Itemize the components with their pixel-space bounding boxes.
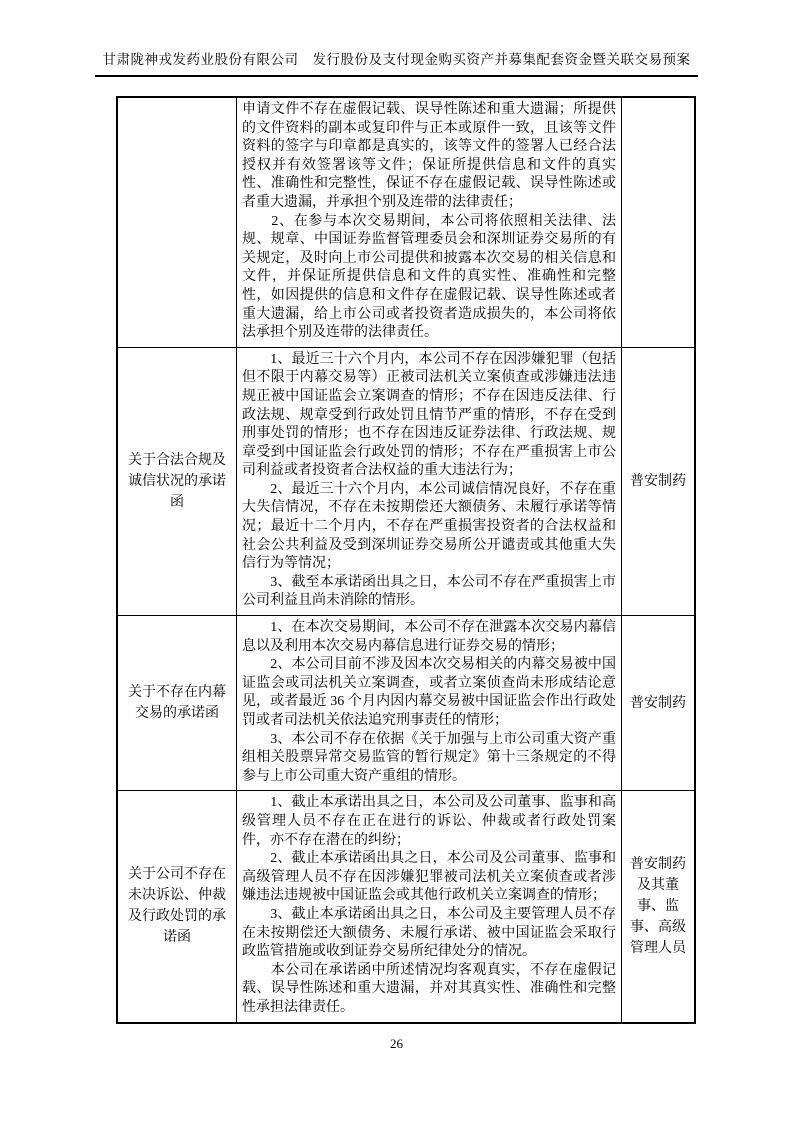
commitment-name-cell: 关于不存在内幕交易的承诺函: [117, 616, 237, 791]
commitment-party-cell: 普安制药及其董事、监事、高级管理人员: [622, 791, 696, 1023]
commitment-paragraph: 2、本公司目前不涉及因本次交易相关的内幕交易被中国证监会或司法机关立案调查，或者…: [242, 656, 616, 730]
commitment-paragraph: 1、截止本承诺出具之日，本公司及公司董事、监事和高级管理人员不存在正在进行的诉讼…: [242, 794, 616, 850]
commitment-content-cell: 1、最近三十六个月内，本公司不存在因涉嫌犯罪（包括但不限于内幕交易等）正被司法机…: [237, 347, 622, 615]
commitment-name-cell: 关于公司不存在未决诉讼、仲裁及行政处罚的承诺函: [117, 791, 237, 1023]
commitment-name-cell: [117, 97, 237, 347]
commitment-party-cell: 普安制药: [622, 347, 696, 615]
commitment-paragraph: 1、最近三十六个月内，本公司不存在因涉嫌犯罪（包括但不限于内幕交易等）正被司法机…: [242, 351, 616, 481]
commitment-paragraph: 2、截止本承诺函出具之日，本公司及公司董事、监事和高级管理人员不存在因涉嫌犯罪被…: [242, 850, 616, 906]
commitment-content-cell: 1、在本次交易期间，本公司不存在泄露本次交易内幕信息以及利用本次交易内幕信息进行…: [237, 616, 622, 791]
document-page: 甘肃陇神戎发药业股份有限公司 发行股份及支付现金购买资产并募集配套资金暨关联交易…: [0, 0, 793, 1122]
commitments-table: 申请文件不存在虚假记载、误导性陈述和重大遗漏；所提供的文件资料的副本或复印件与正…: [116, 96, 696, 1024]
table-row: 关于合法合规及诚信状况的承诺函 1、最近三十六个月内，本公司不存在因涉嫌犯罪（包…: [117, 347, 695, 615]
commitment-paragraph: 2、最近三十六个月内，本公司诚信情况良好，不存在重大失信情况，不存在未按期偿还大…: [242, 481, 616, 574]
commitment-paragraph: 申请文件不存在虚假记载、误导性陈述和重大遗漏；所提供的文件资料的副本或复印件与正…: [242, 101, 616, 213]
page-number: 26: [0, 1036, 793, 1052]
commitment-paragraph: 2、在参与本次交易期间，本公司将依照相关法律、法规、规章、中国证券监督管理委员会…: [242, 213, 616, 343]
commitment-paragraph: 3、本公司不存在依据《关于加强与上市公司重大资产重组相关股票异常交易监管的暂行规…: [242, 731, 616, 787]
commitment-paragraph: 3、截止本承诺函出具之日，本公司及主要管理人员不存在未按期偿还大额债务、未履行承…: [242, 906, 616, 962]
table-row: 关于不存在内幕交易的承诺函 1、在本次交易期间，本公司不存在泄露本次交易内幕信息…: [117, 616, 695, 791]
commitment-paragraph: 3、截至本承诺函出具之日，本公司不存在严重损害上市公司利益且尚未消除的情形。: [242, 574, 616, 611]
commitment-party-cell: 普安制药: [622, 616, 696, 791]
commitment-name-cell: 关于合法合规及诚信状况的承诺函: [117, 347, 237, 615]
commitment-content-cell: 申请文件不存在虚假记载、误导性陈述和重大遗漏；所提供的文件资料的副本或复印件与正…: [237, 97, 622, 347]
commitment-paragraph: 1、在本次交易期间，本公司不存在泄露本次交易内幕信息以及利用本次交易内幕信息进行…: [242, 619, 616, 656]
document-header-title: 甘肃陇神戎发药业股份有限公司 发行股份及支付现金购买资产并募集配套资金暨关联交易…: [95, 48, 698, 77]
commitment-paragraph: 本公司在承诺函中所述情况均客观真实，不存在虚假记载、误导性陈述和重大遗漏，并对其…: [242, 962, 616, 1018]
commitment-content-cell: 1、截止本承诺出具之日，本公司及公司董事、监事和高级管理人员不存在正在进行的诉讼…: [237, 791, 622, 1023]
commitment-party-cell: [622, 97, 696, 347]
table-row: 关于公司不存在未决诉讼、仲裁及行政处罚的承诺函 1、截止本承诺出具之日，本公司及…: [117, 791, 695, 1023]
table-row: 申请文件不存在虚假记载、误导性陈述和重大遗漏；所提供的文件资料的副本或复印件与正…: [117, 97, 695, 347]
